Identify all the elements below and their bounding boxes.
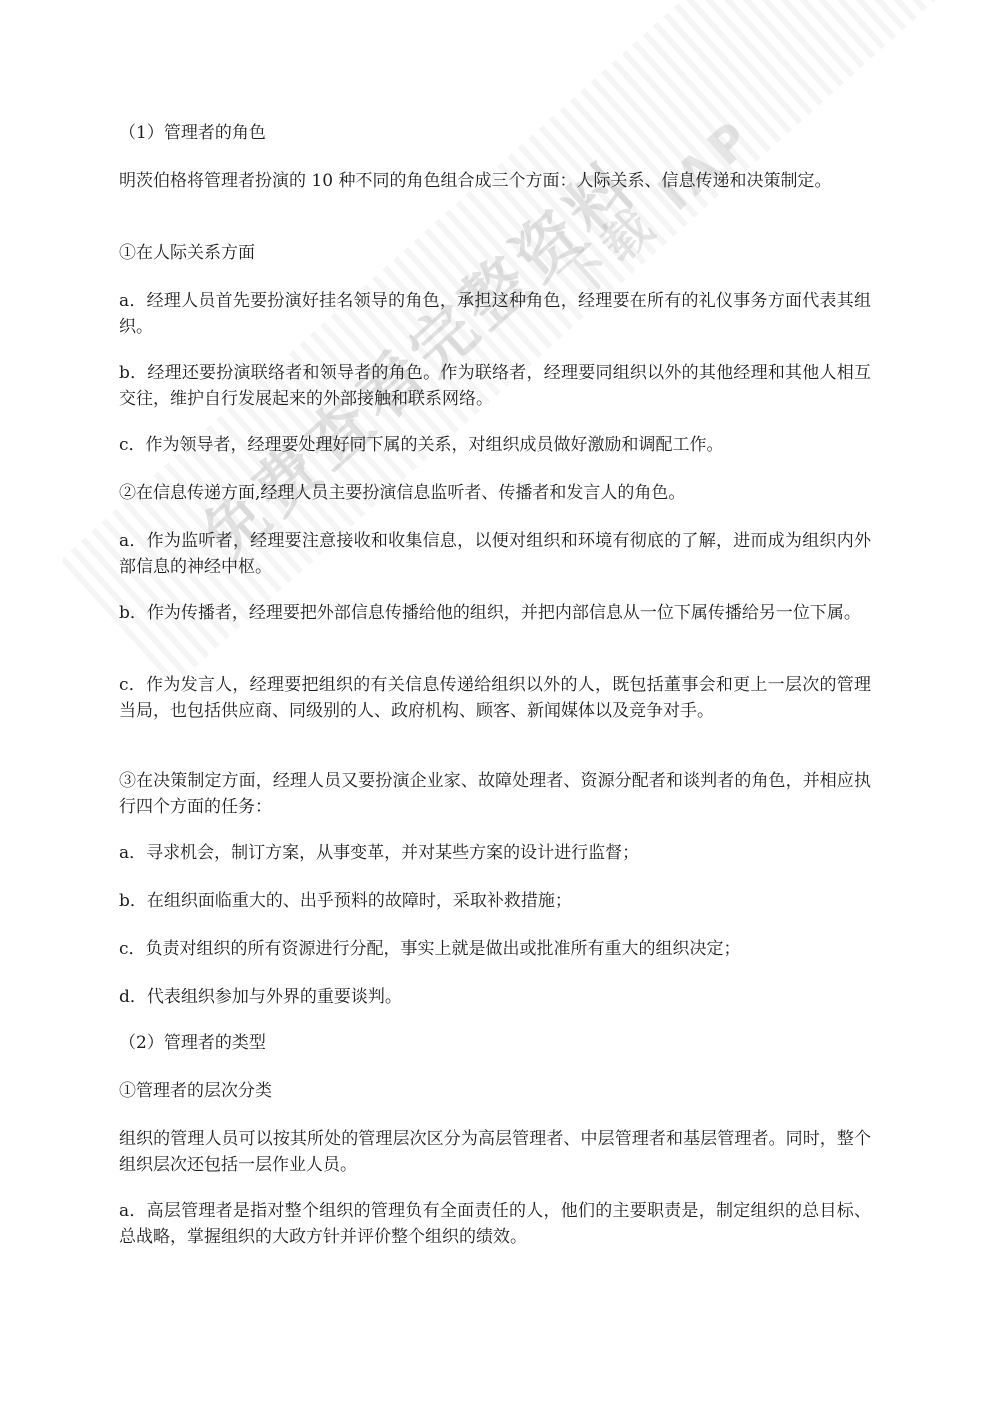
list-item: c．负责对组织的所有资源进行分配，事实上就是做出或批准所有重大的组织决定； xyxy=(119,936,871,962)
section-heading-roles: （1）管理者的角色 xyxy=(119,120,871,146)
list-item: a．经理人员首先要扮演好挂名领导的角色，承担这种角色，经理要在所有的礼仪事务方面… xyxy=(119,288,871,340)
paragraph: 明茨伯格将管理者扮演的 10 种不同的角色组合成三个方面：人际关系、信息传递和决… xyxy=(119,168,871,194)
subheading-levels: ①管理者的层次分类 xyxy=(119,1078,871,1104)
watermark-text: 免费查看完整资料 xyxy=(177,136,655,579)
subheading-informational: ②在信息传递方面,经理人员主要扮演信息监听者、传播者和发言人的角色。 xyxy=(119,480,871,506)
paragraph: 组织的管理人员可以按其所处的管理层次区分为高层管理者、中层管理者和基层管理者。同… xyxy=(119,1126,871,1178)
list-item: a．高层管理者是指对整个组织的管理负有全面责任的人，他们的主要职责是，制定组织的… xyxy=(119,1198,871,1250)
list-item: b．在组织面临重大的、出乎预料的故障时，采取补救措施； xyxy=(119,888,871,914)
list-item: b．作为传播者，经理要把外部信息传播给他的组织，并把内部信息从一位下属传播给另一… xyxy=(119,600,871,626)
watermark: 免费查看完整资料 下载 IAP xyxy=(60,0,991,686)
list-item: a．作为监听者，经理要注意接收和收集信息，以便对组织和环境有彻底的了解，进而成为… xyxy=(119,528,871,580)
watermark-band xyxy=(60,0,991,686)
document-page: 免费查看完整资料 下载 IAP （1）管理者的角色 明茨伯格将管理者扮演的 10… xyxy=(0,0,993,1403)
list-item: c．作为领导者，经理要处理好同下属的关系，对组织成员做好激励和调配工作。 xyxy=(119,432,871,458)
subheading-interpersonal: ①在人际关系方面 xyxy=(119,240,871,266)
list-item: b．经理还要扮演联络者和领导者的角色。作为联络者，经理要同组织以外的其他经理和其… xyxy=(119,360,871,412)
list-item: a．寻求机会，制订方案，从事变革，并对某些方案的设计进行监督； xyxy=(119,840,871,866)
subheading-decisional: ③在决策制定方面，经理人员又要扮演企业家、故障处理者、资源分配者和谈判者的角色，… xyxy=(119,768,871,820)
section-heading-types: （2）管理者的类型 xyxy=(119,1030,871,1056)
list-item: c．作为发言人，经理要把组织的有关信息传递给组织以外的人，既包括董事会和更上一层… xyxy=(119,672,871,724)
list-item: d．代表组织参加与外界的重要谈判。 xyxy=(119,984,871,1010)
